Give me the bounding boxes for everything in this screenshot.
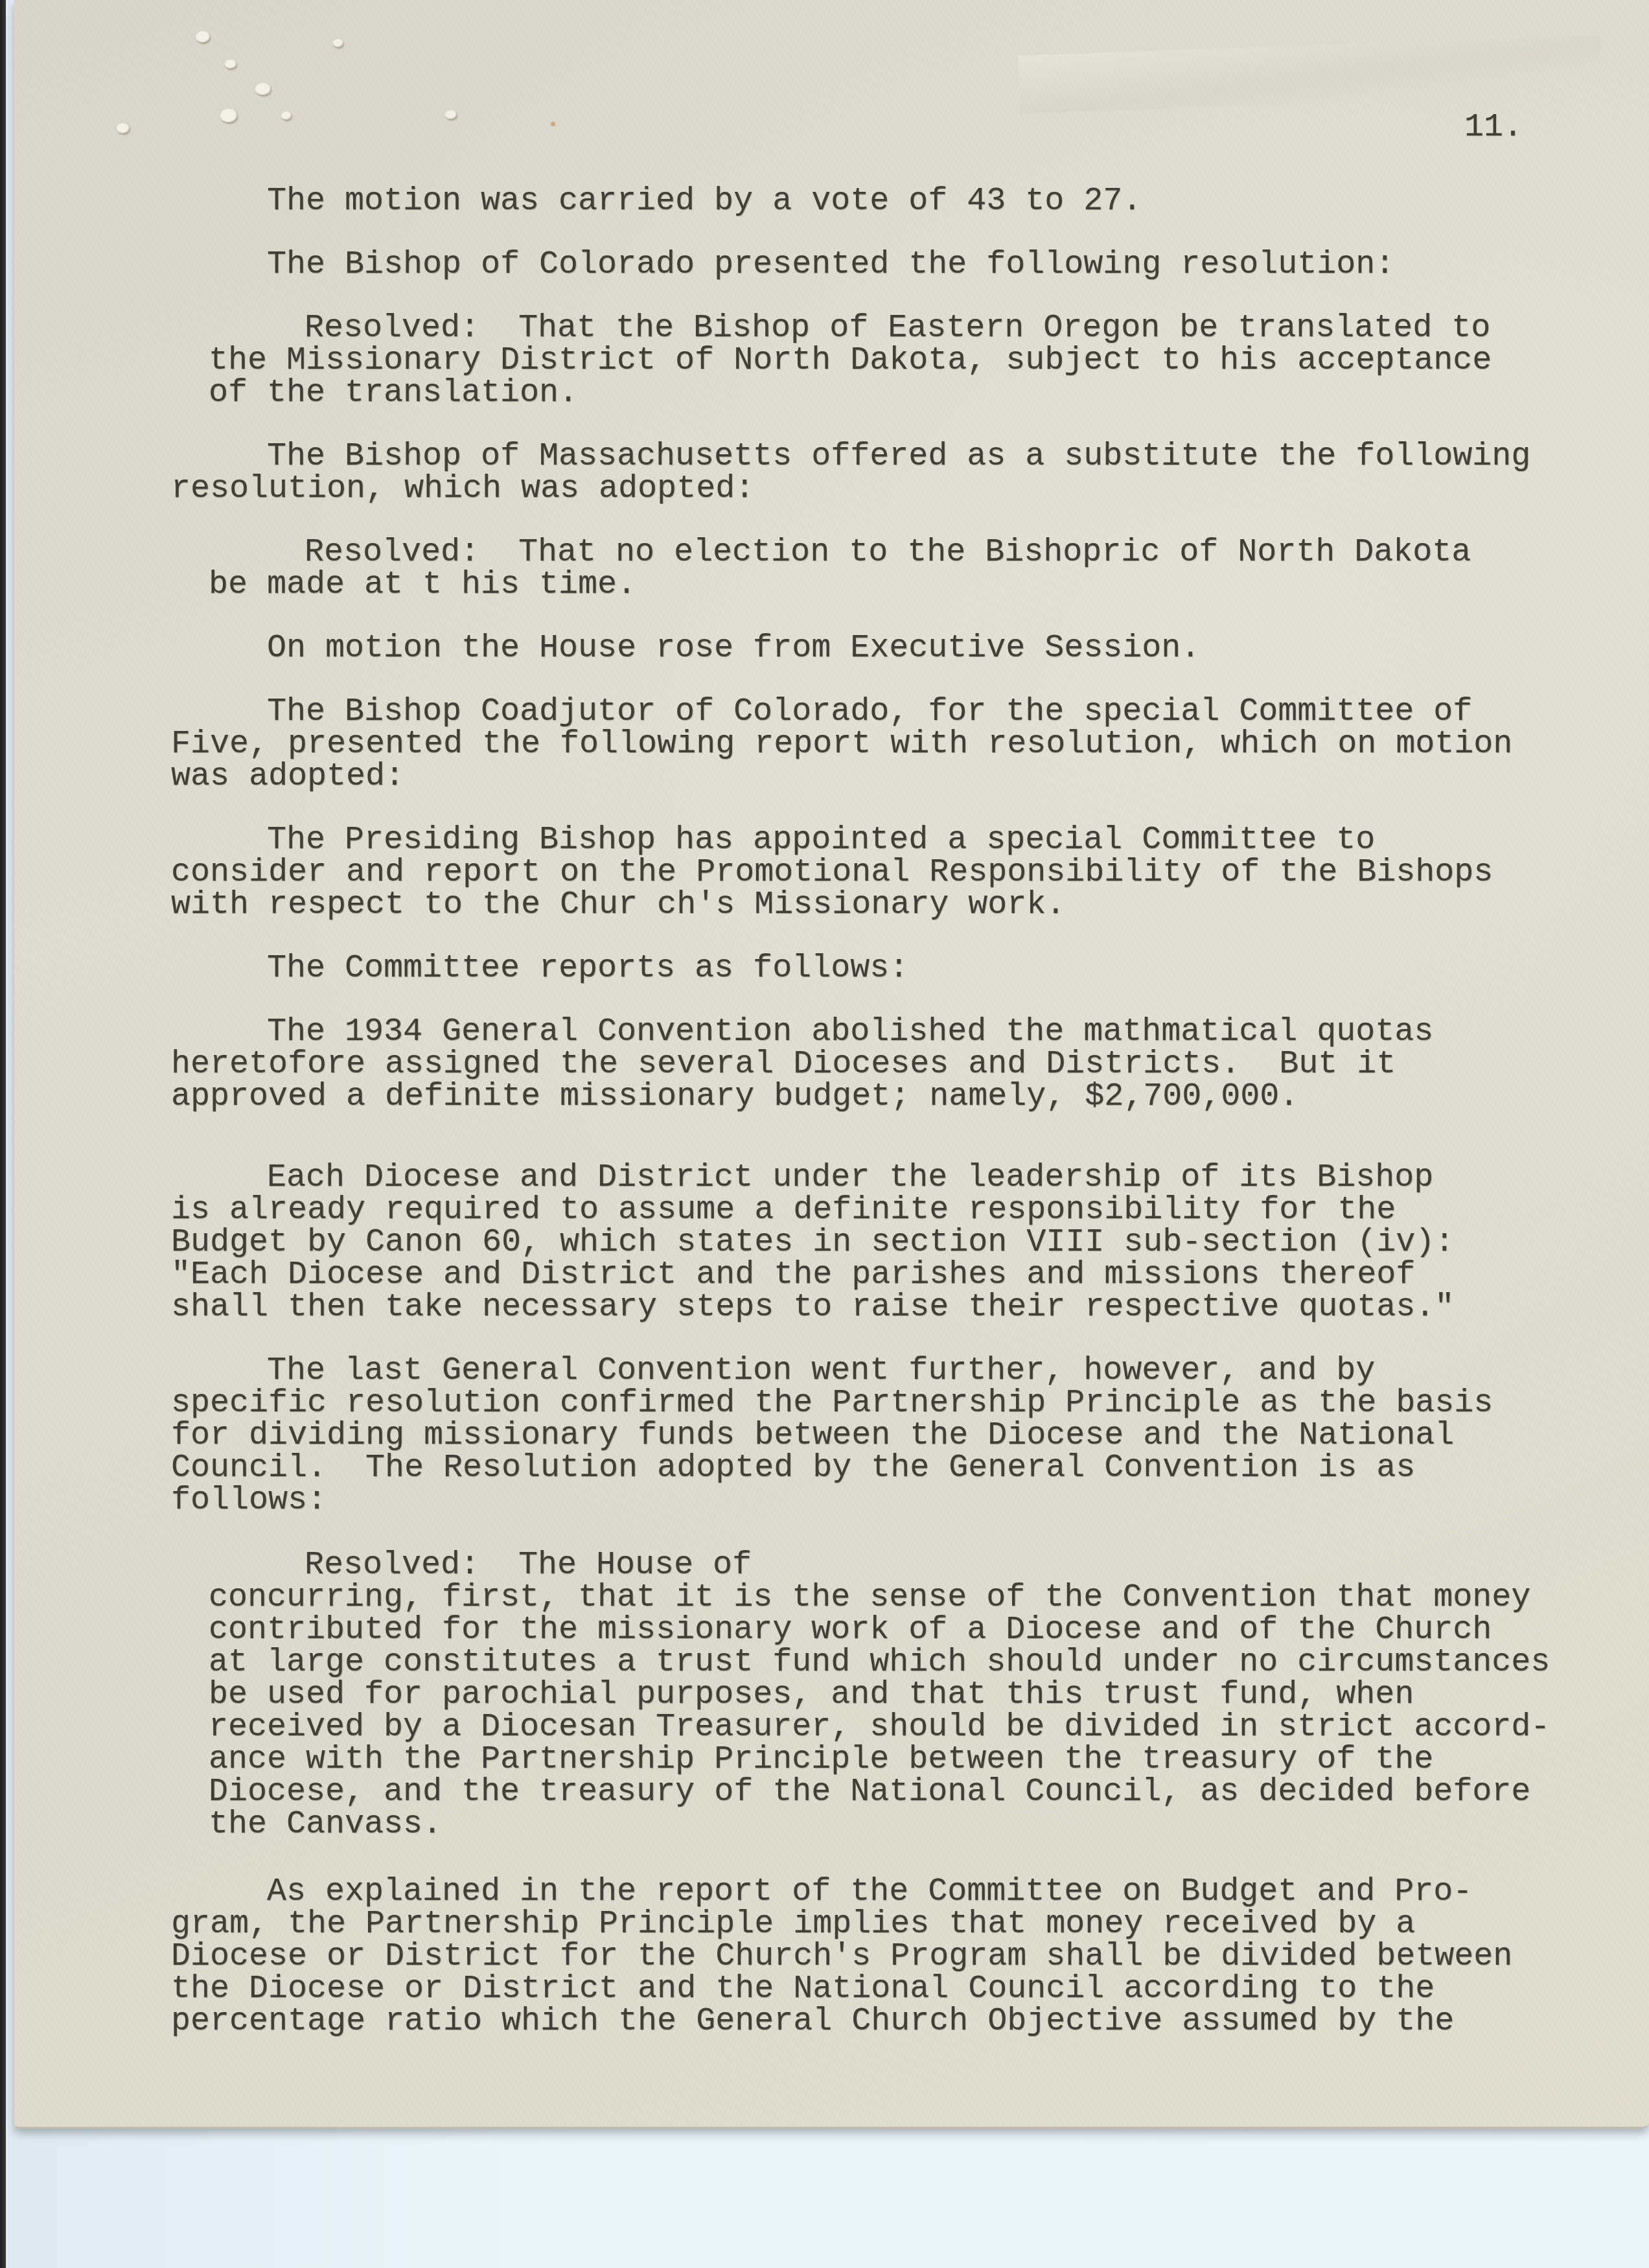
paragraph: The Bishop Coadjutor of Colorado, for th… <box>171 696 1649 793</box>
paragraph: The Committee reports as follows: <box>171 953 1649 985</box>
text-line: contributed for the missionary work of a… <box>209 1614 1649 1647</box>
text-line: Council. The Resolution adopted by the G… <box>171 1452 1649 1485</box>
text-line: concurring, first, that it is the sense … <box>209 1582 1649 1614</box>
text-line: approved a definite missionary budget; n… <box>171 1081 1649 1113</box>
text-line: heretofore assigned the several Dioceses… <box>171 1048 1649 1081</box>
paper-speck <box>445 110 457 119</box>
paragraph: Resolved: The House ofconcurring, first,… <box>209 1549 1649 1841</box>
text-line: at large constitutes a trust fund which … <box>209 1647 1649 1679</box>
paper-speck <box>196 31 210 43</box>
paragraph: The motion was carried by a vote of 43 t… <box>171 185 1649 218</box>
text-line: received by a Diocesan Treasurer, should… <box>209 1711 1649 1744</box>
text-line: consider and report on the Promotional R… <box>171 857 1649 889</box>
paragraph: The last General Convention went further… <box>171 1355 1649 1517</box>
text-line: gram, the Partnership Principle implies … <box>171 1908 1649 1941</box>
text-body: The motion was carried by a vote of 43 t… <box>14 0 1649 2038</box>
text-line: of the translation. <box>209 377 1649 410</box>
text-line: The Bishop Coadjutor of Colorado, for th… <box>171 696 1649 728</box>
text-line: be made at t his time. <box>209 569 1649 601</box>
text-line: Five, presented the following report wit… <box>171 728 1649 761</box>
paper-speck <box>281 111 292 120</box>
paragraph: Each Diocese and District under the lead… <box>171 1162 1649 1324</box>
text-line: with respect to the Chur ch's Missionary… <box>171 889 1649 921</box>
text-line: Resolved: The House of <box>209 1549 1649 1582</box>
scanned-document: 11. The motion was carried by a vote of … <box>0 0 1649 2268</box>
text-line: is already required to assume a definite… <box>171 1194 1649 1227</box>
text-line: Each Diocese and District under the lead… <box>171 1162 1649 1194</box>
document-page: 11. The motion was carried by a vote of … <box>14 0 1649 2129</box>
paragraph: Resolved: That the Bishop of Eastern Ore… <box>209 312 1649 410</box>
text-line: specific resolution confirmed the Partne… <box>171 1387 1649 1420</box>
paragraph: The Bishop of Colorado presented the fol… <box>171 249 1649 281</box>
paragraph: The Bishop of Massachusetts offered as a… <box>171 441 1649 505</box>
text-line: Diocese, and the treasury of the Nationa… <box>209 1776 1649 1809</box>
text-line: The Bishop of Colorado presented the fol… <box>171 249 1649 281</box>
text-line: Resolved: That no election to the Bishop… <box>209 537 1649 569</box>
text-line: Diocese or District for the Church's Pro… <box>171 1941 1649 1973</box>
paragraph: Resolved: That no election to the Bishop… <box>209 537 1649 601</box>
text-line: the Canvass. <box>209 1809 1649 1841</box>
scanner-edge-strip <box>0 0 6 2268</box>
paragraph: On motion the House rose from Executive … <box>171 632 1649 665</box>
paragraph: The 1934 General Convention abolished th… <box>171 1016 1649 1113</box>
text-line: percentage ratio which the General Churc… <box>171 2006 1649 2038</box>
text-line: ance with the Partnership Principle betw… <box>209 1744 1649 1776</box>
text-line: the Missionary District of North Dakota,… <box>209 345 1649 377</box>
text-line: Budget by Canon 60, which states in sect… <box>171 1227 1649 1259</box>
text-line: Resolved: That the Bishop of Eastern Ore… <box>209 312 1649 345</box>
paragraph: The Presiding Bishop has appointed a spe… <box>171 824 1649 921</box>
text-line: The Presiding Bishop has appointed a spe… <box>171 824 1649 857</box>
text-line: shall then take necessary steps to raise… <box>171 1291 1649 1324</box>
text-line: As explained in the report of the Commit… <box>171 1876 1649 1908</box>
text-line: The 1934 General Convention abolished th… <box>171 1016 1649 1048</box>
ink-speck <box>551 122 555 126</box>
paper-speck <box>225 60 236 69</box>
text-line: was adopted: <box>171 761 1649 793</box>
text-line: The last General Convention went further… <box>171 1355 1649 1387</box>
text-line: for dividing missionary funds between th… <box>171 1420 1649 1452</box>
text-line: The Bishop of Massachusetts offered as a… <box>171 441 1649 473</box>
paper-speck <box>117 123 130 133</box>
text-line: "Each Diocese and District and the paris… <box>171 1259 1649 1291</box>
paper-speck <box>255 83 271 95</box>
text-line: On motion the House rose from Executive … <box>171 632 1649 665</box>
text-line: the Diocese or District and the National… <box>171 1973 1649 2006</box>
text-line: The Committee reports as follows: <box>171 953 1649 985</box>
paper-speck <box>333 39 343 47</box>
text-line: The motion was carried by a vote of 43 t… <box>171 185 1649 218</box>
text-line: be used for parochial purposes, and that… <box>209 1679 1649 1711</box>
paper-speck <box>220 109 237 122</box>
text-line: resolution, which was adopted: <box>171 473 1649 505</box>
paragraph: As explained in the report of the Commit… <box>171 1876 1649 2038</box>
text-line: follows: <box>171 1485 1649 1517</box>
